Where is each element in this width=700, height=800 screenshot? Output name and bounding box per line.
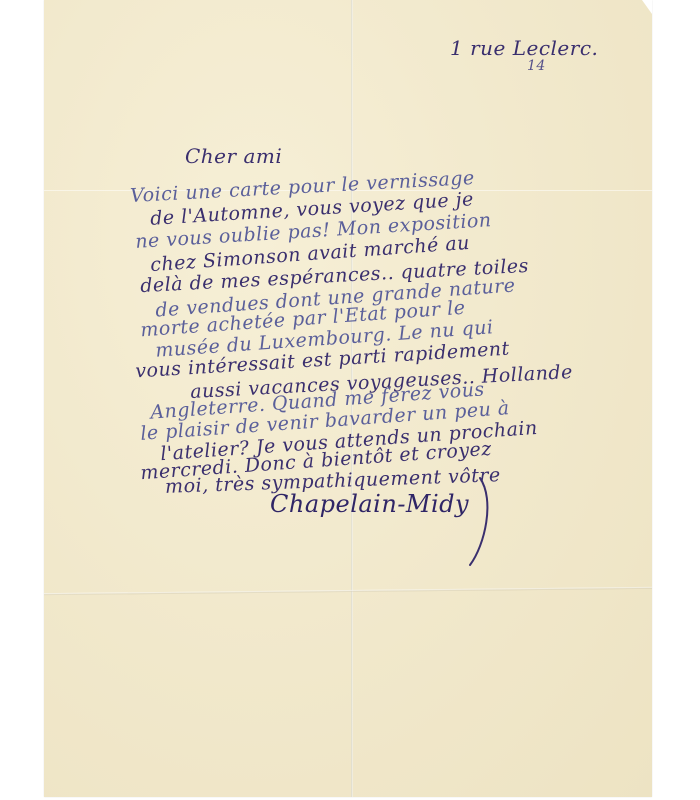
signature-flourish xyxy=(0,0,700,800)
